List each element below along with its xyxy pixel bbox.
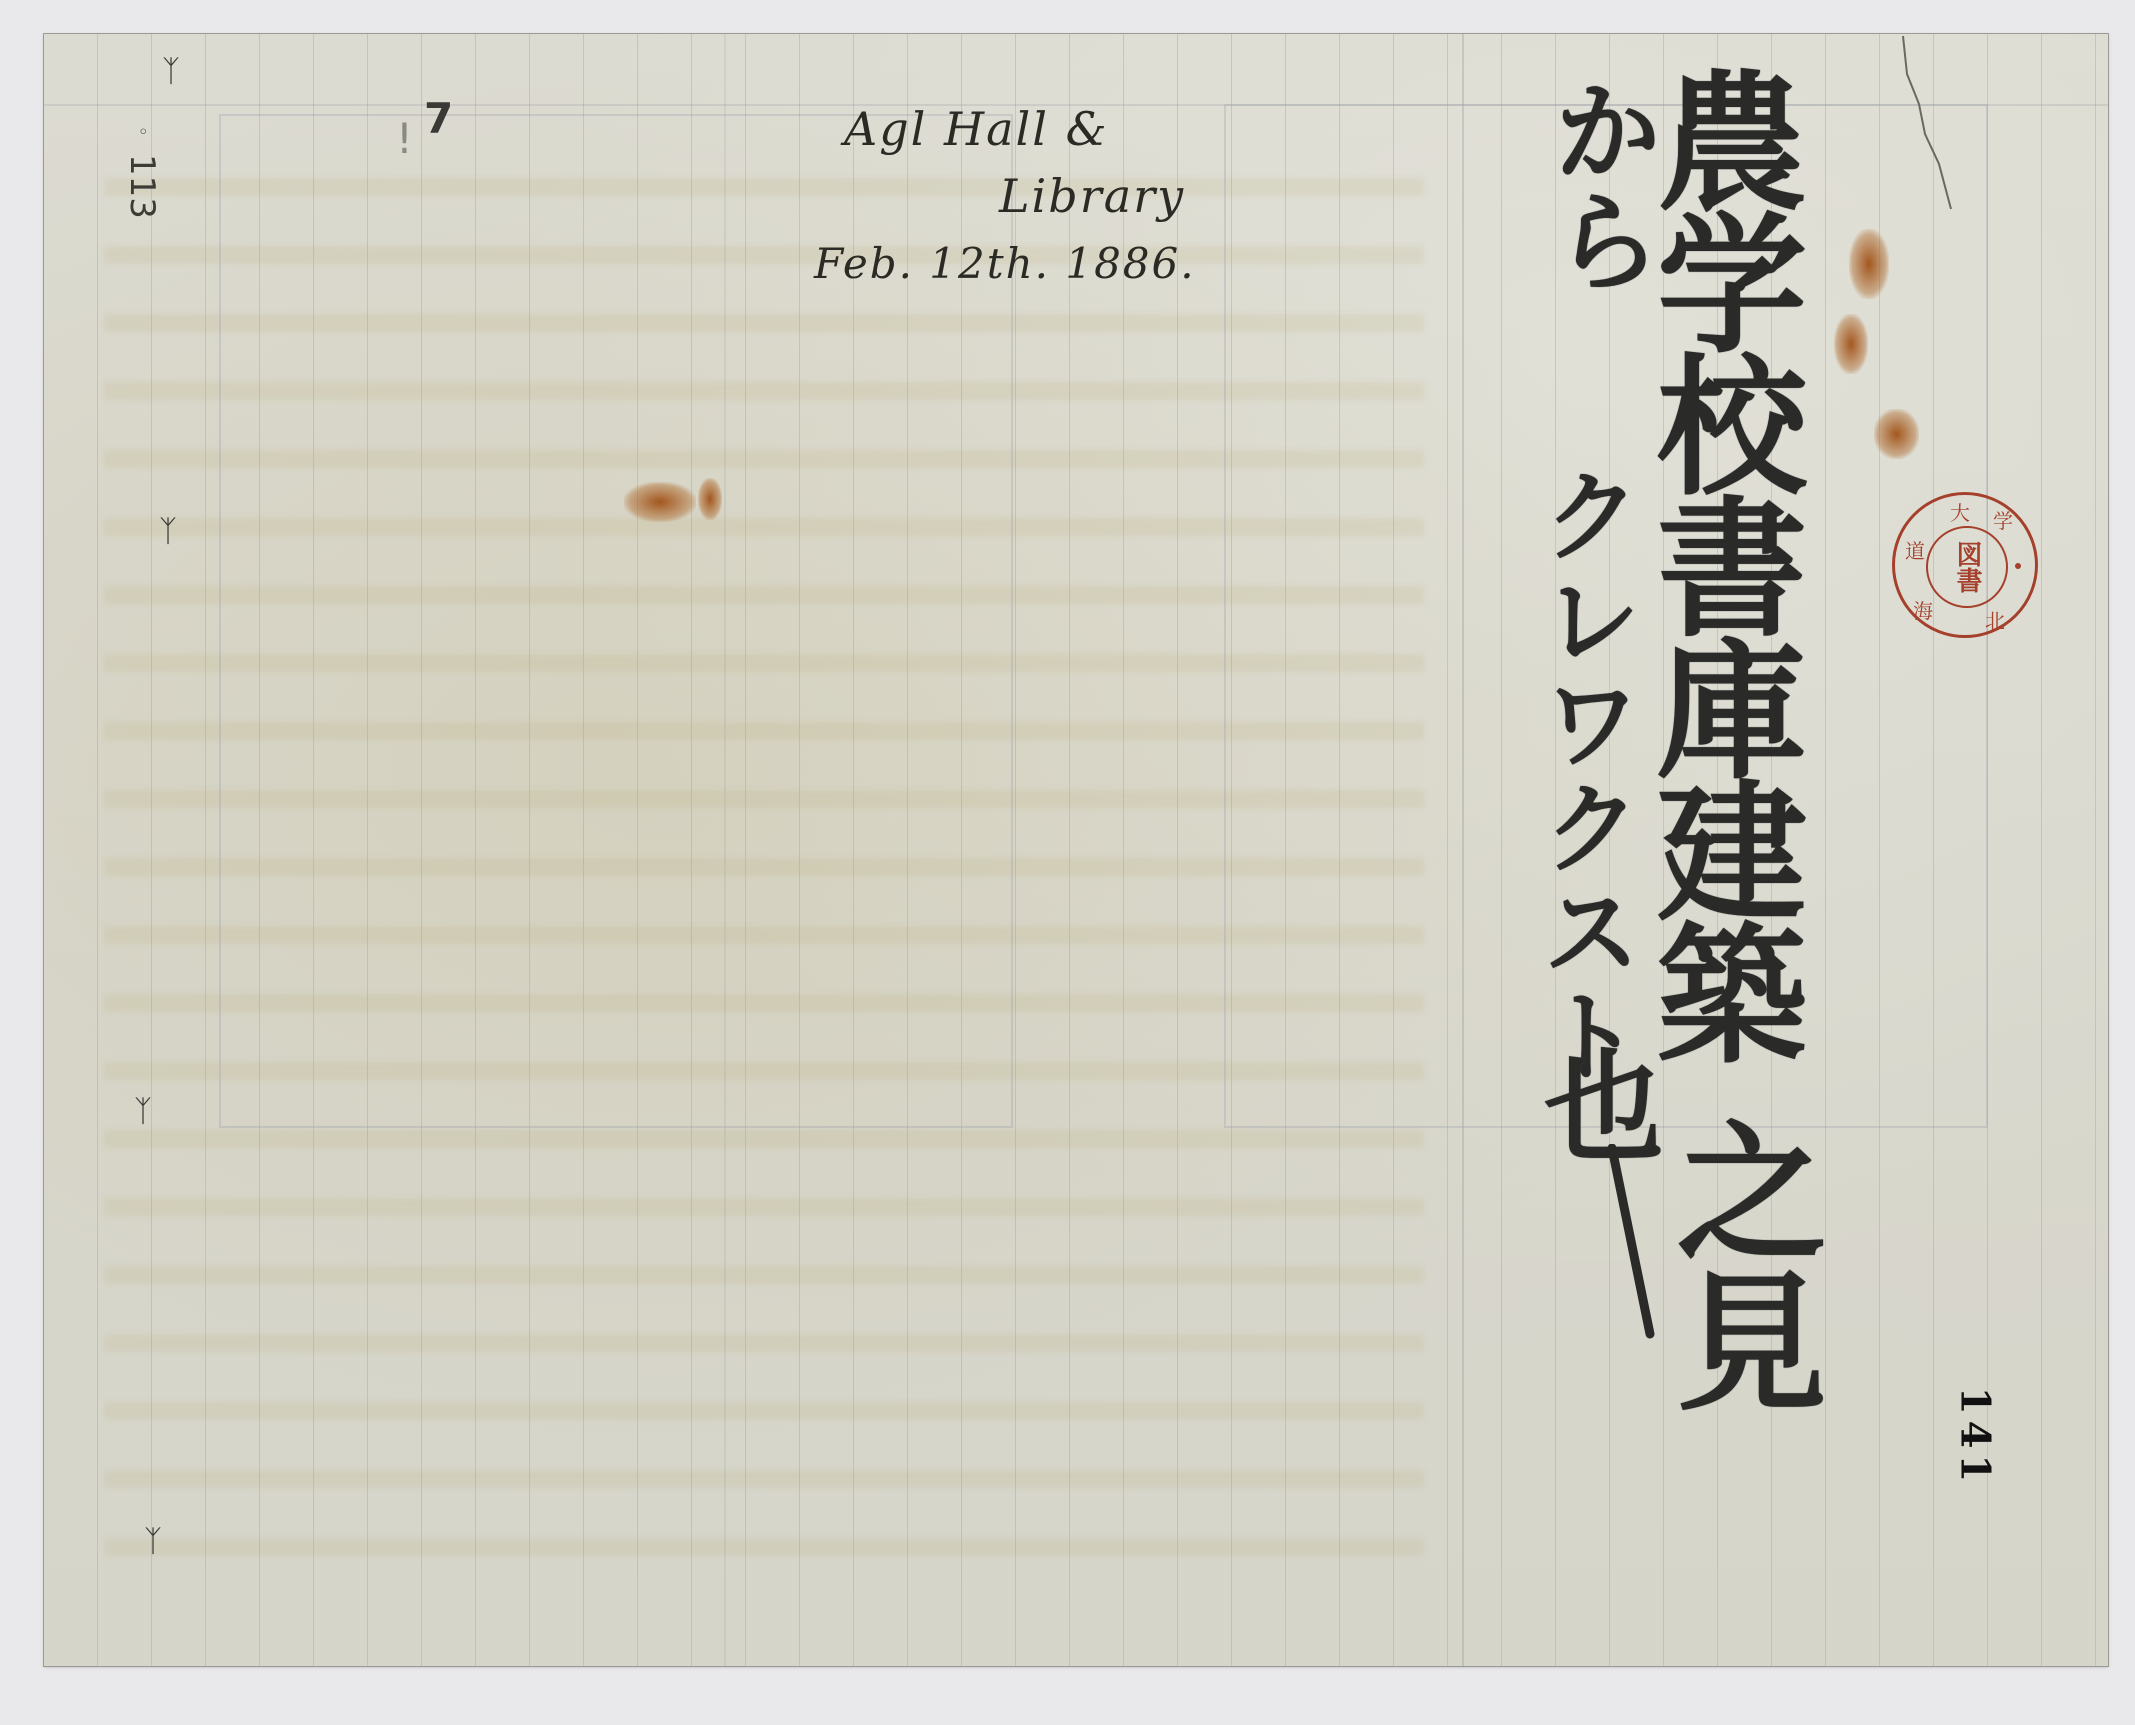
rust-stain bbox=[1849, 229, 1889, 299]
pencil-folio-number: 113 bbox=[122, 154, 162, 219]
margin-tick-mark: ᛉ bbox=[144, 1524, 162, 1559]
margin-circle-mark: ◦ bbox=[138, 122, 149, 143]
rust-stain bbox=[698, 478, 722, 520]
stamp-char: 北 bbox=[1985, 605, 2005, 634]
rust-stain bbox=[1874, 409, 1919, 459]
stamp-char: 海 bbox=[1913, 595, 1933, 624]
rust-stain bbox=[1834, 314, 1868, 374]
paper-crack bbox=[1899, 34, 1959, 214]
margin-tick-mark: ᛉ bbox=[159, 514, 177, 549]
margin-tick-mark: ᛉ bbox=[162, 54, 180, 89]
note-line-3-date: Feb. 12th. 1886. bbox=[814, 239, 1196, 288]
japanese-column-secondary: クレワクスト bbox=[1534, 464, 1634, 1088]
japanese-column-main-end: 之見 bbox=[1664, 1114, 1814, 1414]
japanese-column-left-fragment: から bbox=[1544, 74, 1654, 294]
stamp-char: 道 bbox=[1905, 535, 1925, 564]
top-ink-mark: 7 bbox=[424, 94, 453, 143]
manuscript-page: ᛉ ᛉ ᛉ ᛉ 113 ◦ 7 ! Agl Hall & Library Feb… bbox=[44, 34, 2108, 1666]
stamp-inner-seal: 図書 bbox=[1926, 526, 2008, 608]
rust-stain bbox=[624, 482, 696, 522]
margin-tick-mark: ᛉ bbox=[134, 1094, 152, 1129]
note-line-1: Agl Hall & bbox=[844, 102, 1109, 156]
japanese-column-main: 農学校書庫建築 bbox=[1644, 64, 1794, 1058]
archive-page-number: 141 bbox=[1951, 1387, 1998, 1489]
brush-stroke-tail bbox=[1604, 1144, 1664, 1344]
stamp-dot bbox=[2015, 563, 2021, 569]
note-line-2: Library bbox=[999, 169, 1185, 223]
stamp-char: 大 bbox=[1950, 497, 1970, 526]
stamp-char: 学 bbox=[1993, 505, 2013, 534]
top-pencil-stroke: ! bbox=[396, 114, 413, 163]
library-stamp: 学 大 道 海 北 図書 bbox=[1892, 492, 2038, 638]
